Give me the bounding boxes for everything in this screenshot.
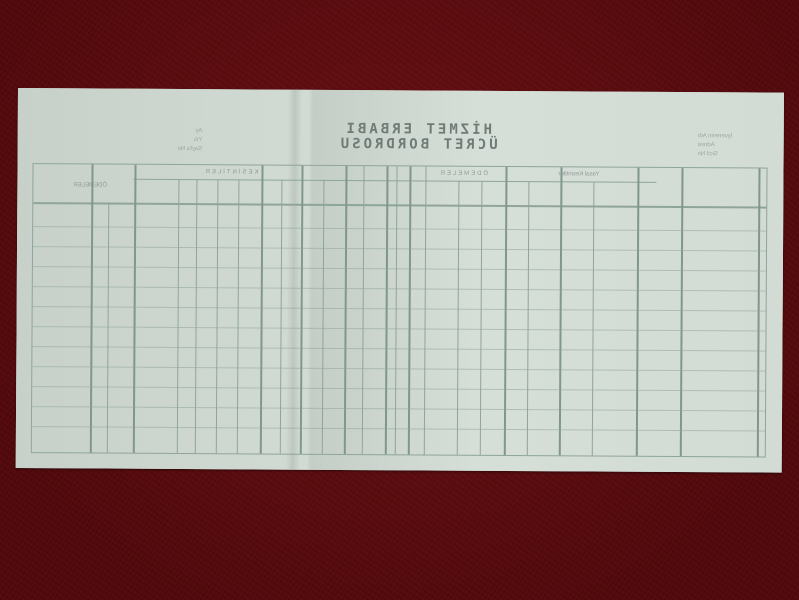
column-divider [457,181,460,455]
column-divider [559,167,563,455]
column-divider [424,166,427,454]
table-row-line [33,226,766,231]
column-divider [636,168,640,456]
column-divider [300,166,304,454]
header-group-payments: ÖDEMELER [438,171,488,177]
header-bottom-line [33,202,766,208]
table-row-line [32,406,765,411]
column-divider [344,166,348,454]
column-divider [133,165,137,453]
column-divider [177,179,180,453]
payroll-form-paper: HİZMET ERBABI ÜCRET BORDROSU Ay Yılı Say… [16,88,784,473]
form-title: HİZMET ERBABI ÜCRET BORDROSU [298,122,538,153]
column-divider [757,169,761,457]
column-divider [216,179,219,453]
table-row-line [33,246,766,251]
right-header-notes: İşverenin Adı Adresi Sicil No [698,132,733,159]
table-row-line [32,346,765,351]
header-group-divider [133,179,656,183]
table-row-line [33,326,766,331]
column-divider [395,166,398,454]
column-divider [322,180,325,454]
column-divider [195,179,198,453]
column-divider [385,166,389,454]
table-row-line [33,306,766,311]
table-row-line [32,426,765,431]
column-divider [504,167,508,455]
table-row-line [33,286,766,291]
column-divider [592,182,595,456]
payroll-table: ÖDEMELER KESİNTİLER ÖDEMELER Yasal Kesin… [31,163,768,457]
header-group-legal: Yasal Kesintiler [558,171,599,177]
column-divider [680,168,684,456]
column-divider [237,179,240,453]
header-group-deductions: KESİNTİLER [203,169,258,175]
left-header-notes: Ay Yılı Sayfa No [178,127,203,154]
table-row-line [32,366,765,371]
table-row-line [33,266,766,271]
column-divider [408,166,412,454]
column-divider [260,165,264,453]
column-divider [362,166,365,454]
title-line-2: ÜCRET BORDROSU [298,137,538,153]
column-divider [280,180,283,454]
header-label-left: ÖDEMELER [73,182,107,188]
column-divider [90,164,94,452]
table-row-line [32,386,765,391]
column-divider [527,181,530,455]
column-divider [480,181,483,455]
